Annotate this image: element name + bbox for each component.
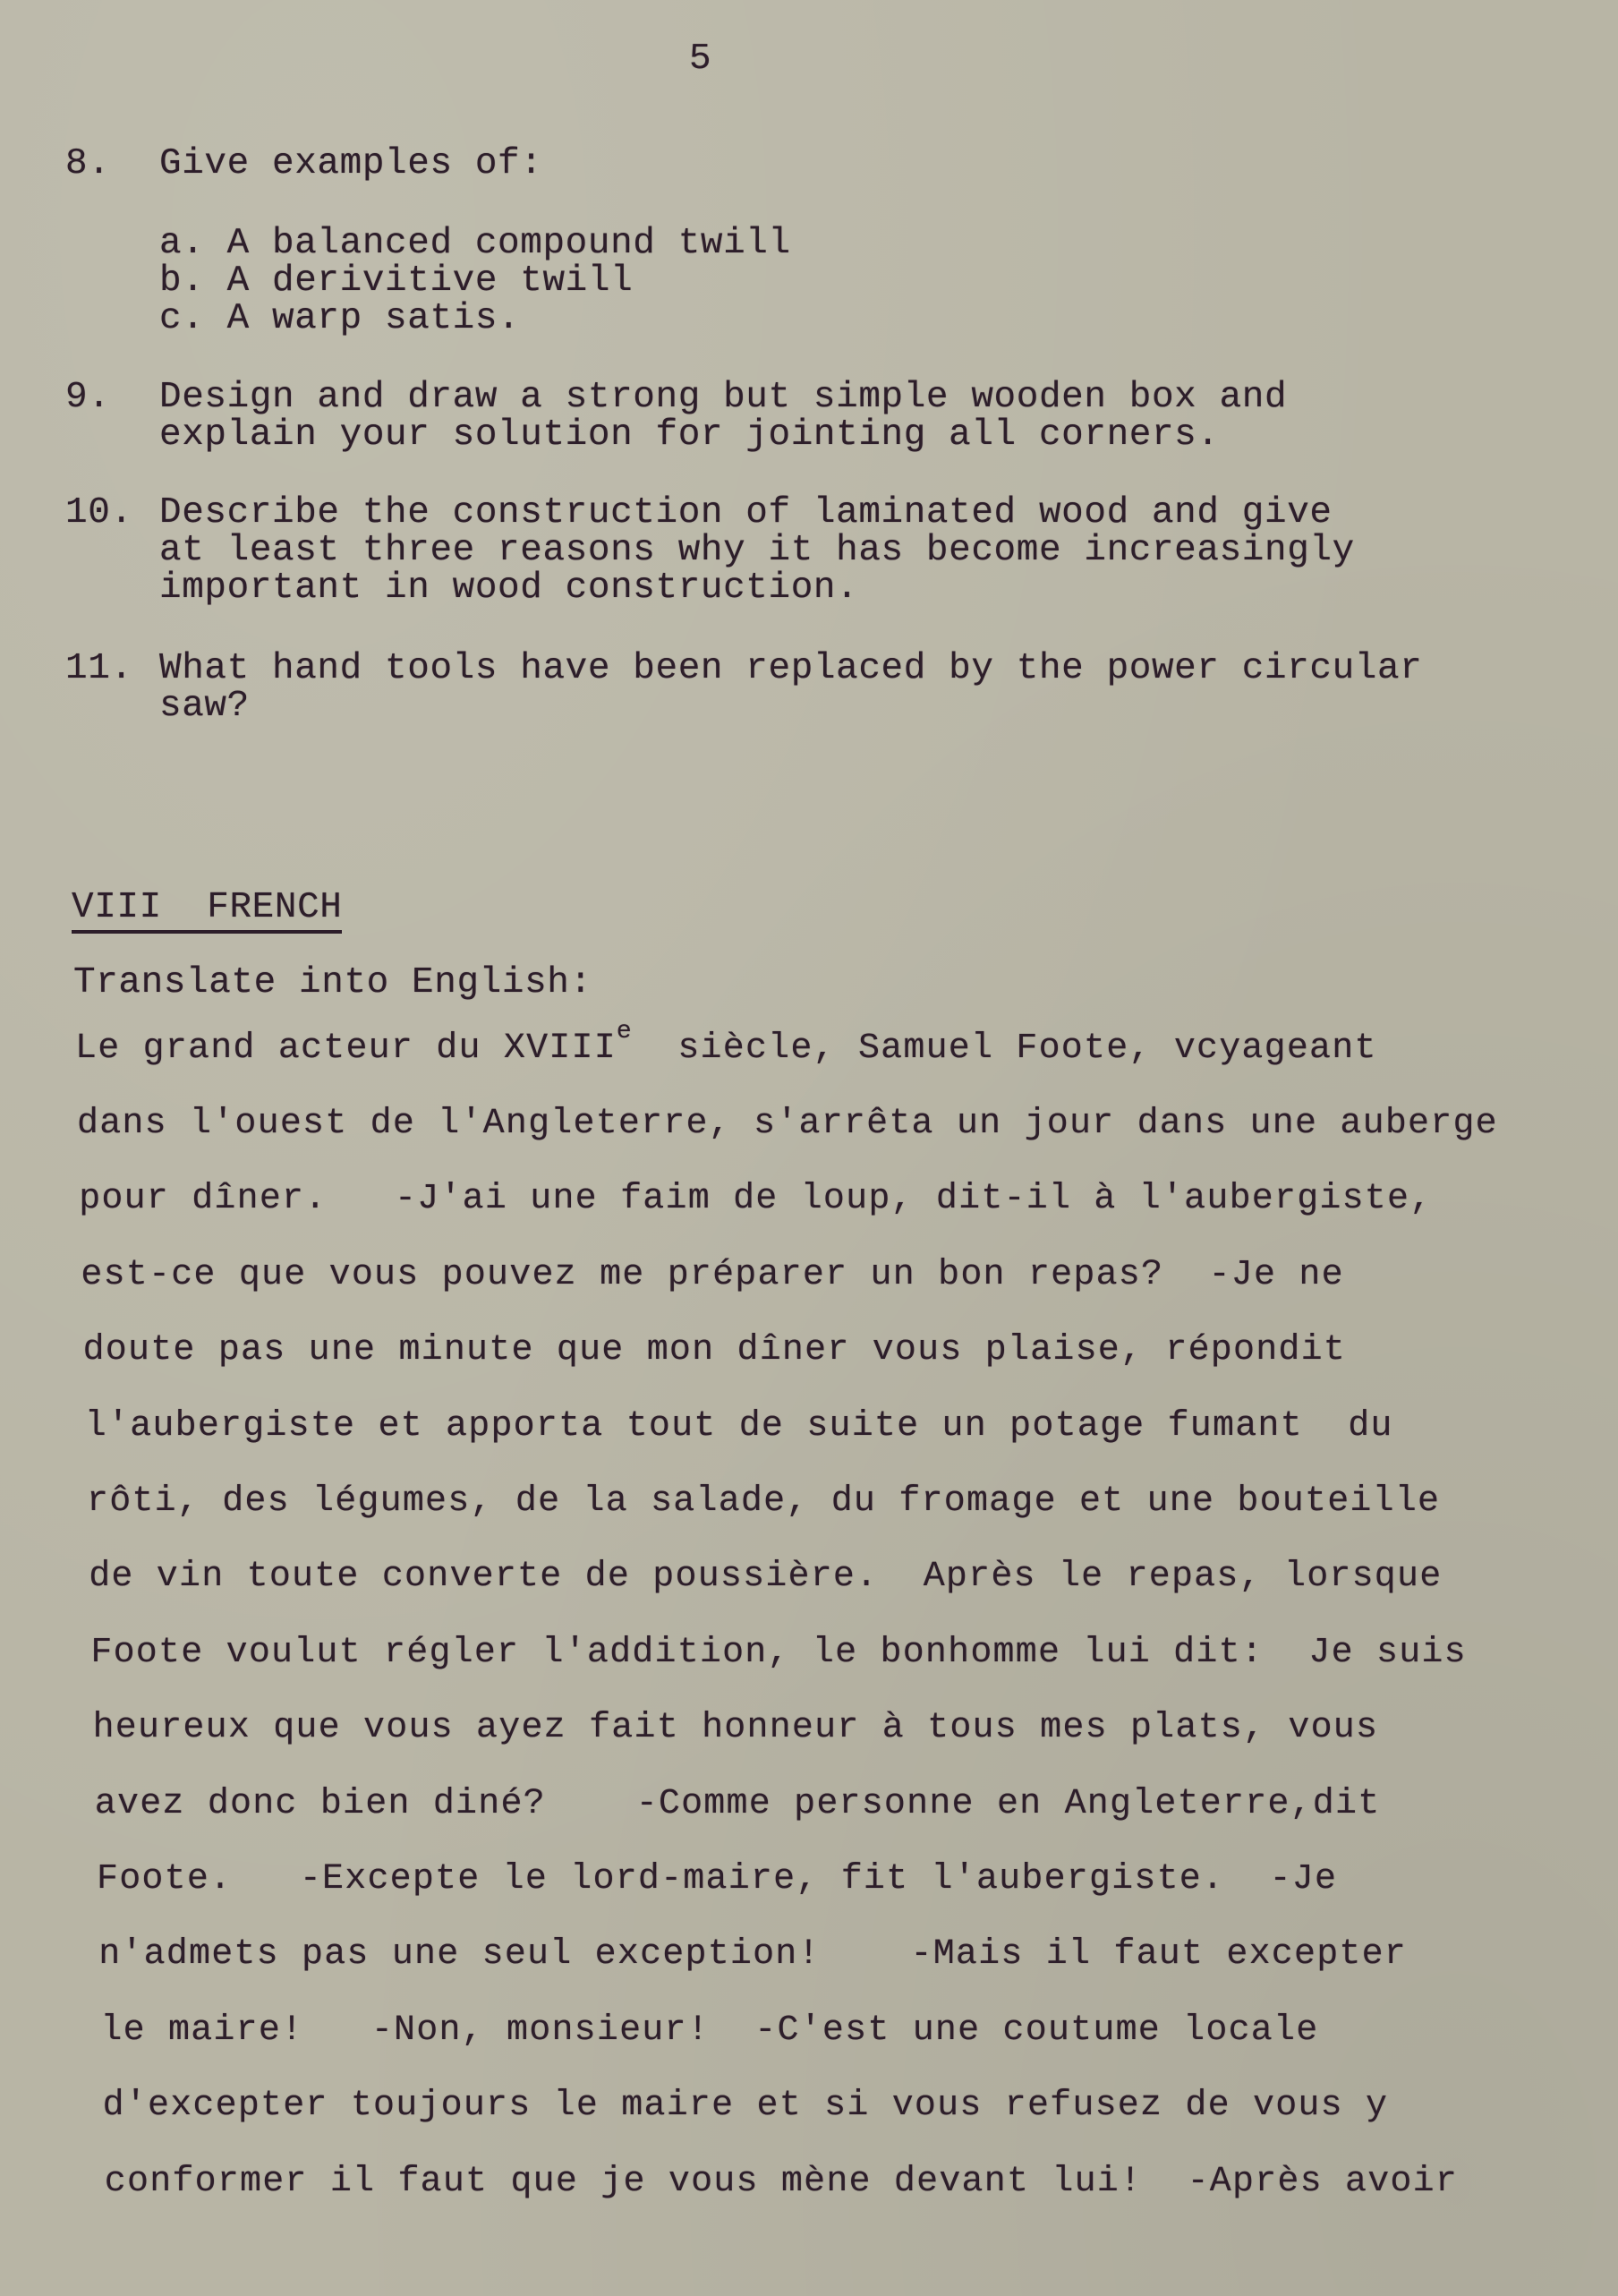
passage-line-2: dans l'ouest de l'Angleterre, s'arrêta u…: [77, 1106, 1498, 1142]
passage-line-12: Foote. -Excepte le lord-maire, fit l'aub…: [97, 1862, 1337, 1898]
section-heading: VIII FRENCH: [72, 890, 342, 926]
typewritten-page: 5 8. Give examples of: a. A balanced com…: [0, 0, 1618, 2296]
question-10-line-1: Describe the construction of laminated w…: [159, 495, 1333, 532]
question-10-line-3: important in wood construction.: [159, 570, 858, 607]
passage-line-11: avez donc bien diné? -Comme personne en …: [95, 1787, 1381, 1822]
passage-line-14: le maire! -Non, monsieur! -C'est une cou…: [100, 2013, 1318, 2049]
question-11-line-1: What hand tools have been replaced by th…: [159, 651, 1422, 687]
question-9-line-1: Design and draw a strong but simple wood…: [159, 380, 1287, 416]
section-title: FRENCH: [207, 887, 342, 928]
section-numeral: VIII: [72, 887, 162, 928]
question-8-item-a: a. A balanced compound twill: [159, 226, 791, 262]
question-8-text: Give examples of:: [159, 146, 542, 183]
passage-line-1-start: Le grand acteur du XVIII: [75, 1029, 617, 1069]
question-10-number: 10.: [65, 495, 133, 532]
passage-line-9: Foote voulut régler l'addition, le bonho…: [90, 1635, 1466, 1671]
question-11-line-2: saw?: [159, 688, 250, 725]
question-8-number: 8.: [65, 146, 110, 183]
question-9-number: 9.: [65, 380, 110, 416]
passage-line-8: de vin toute converte de poussière. Aprè…: [89, 1559, 1442, 1595]
question-8-item-c: c. A warp satis.: [159, 301, 520, 337]
century-superscript: e: [617, 1018, 633, 1046]
section-instruction: Translate into English:: [73, 965, 592, 1002]
passage-line-3: pour dîner. -J'ai une faim de loup, dit-…: [79, 1182, 1432, 1217]
page-number: 5: [689, 41, 711, 78]
passage-line-4: est-ce que vous pouvez me préparer un bo…: [81, 1258, 1343, 1293]
passage-line-1-end: siècle, Samuel Foote, vcyageant: [633, 1029, 1377, 1069]
question-10-line-2: at least three reasons why it has become…: [159, 533, 1355, 569]
question-11-number: 11.: [65, 651, 133, 687]
passage-line-10: heureux que vous ayez fait honneur à tou…: [93, 1711, 1379, 1746]
passage-line-15: d'excepter toujours le maire et si vous …: [103, 2088, 1389, 2124]
question-9-line-2: explain your solution for jointing all c…: [159, 417, 1220, 454]
passage-line-13: n'admets pas une seul exception! -Mais i…: [98, 1937, 1407, 1973]
passage-line-5: doute pas une minute que mon dîner vous …: [83, 1333, 1346, 1369]
passage-line-1: Le grand acteur du XVIIIe siècle, Samuel…: [75, 1031, 1377, 1067]
passage-line-7: rôti, des légumes, de la salade, du from…: [87, 1484, 1440, 1520]
passage-line-6: l'aubergiste et apporta tout de suite un…: [85, 1409, 1393, 1445]
passage-line-16: conformer il faut que je vous mène devan…: [105, 2164, 1458, 2200]
question-8-item-b: b. A derivitive twill: [159, 263, 633, 300]
